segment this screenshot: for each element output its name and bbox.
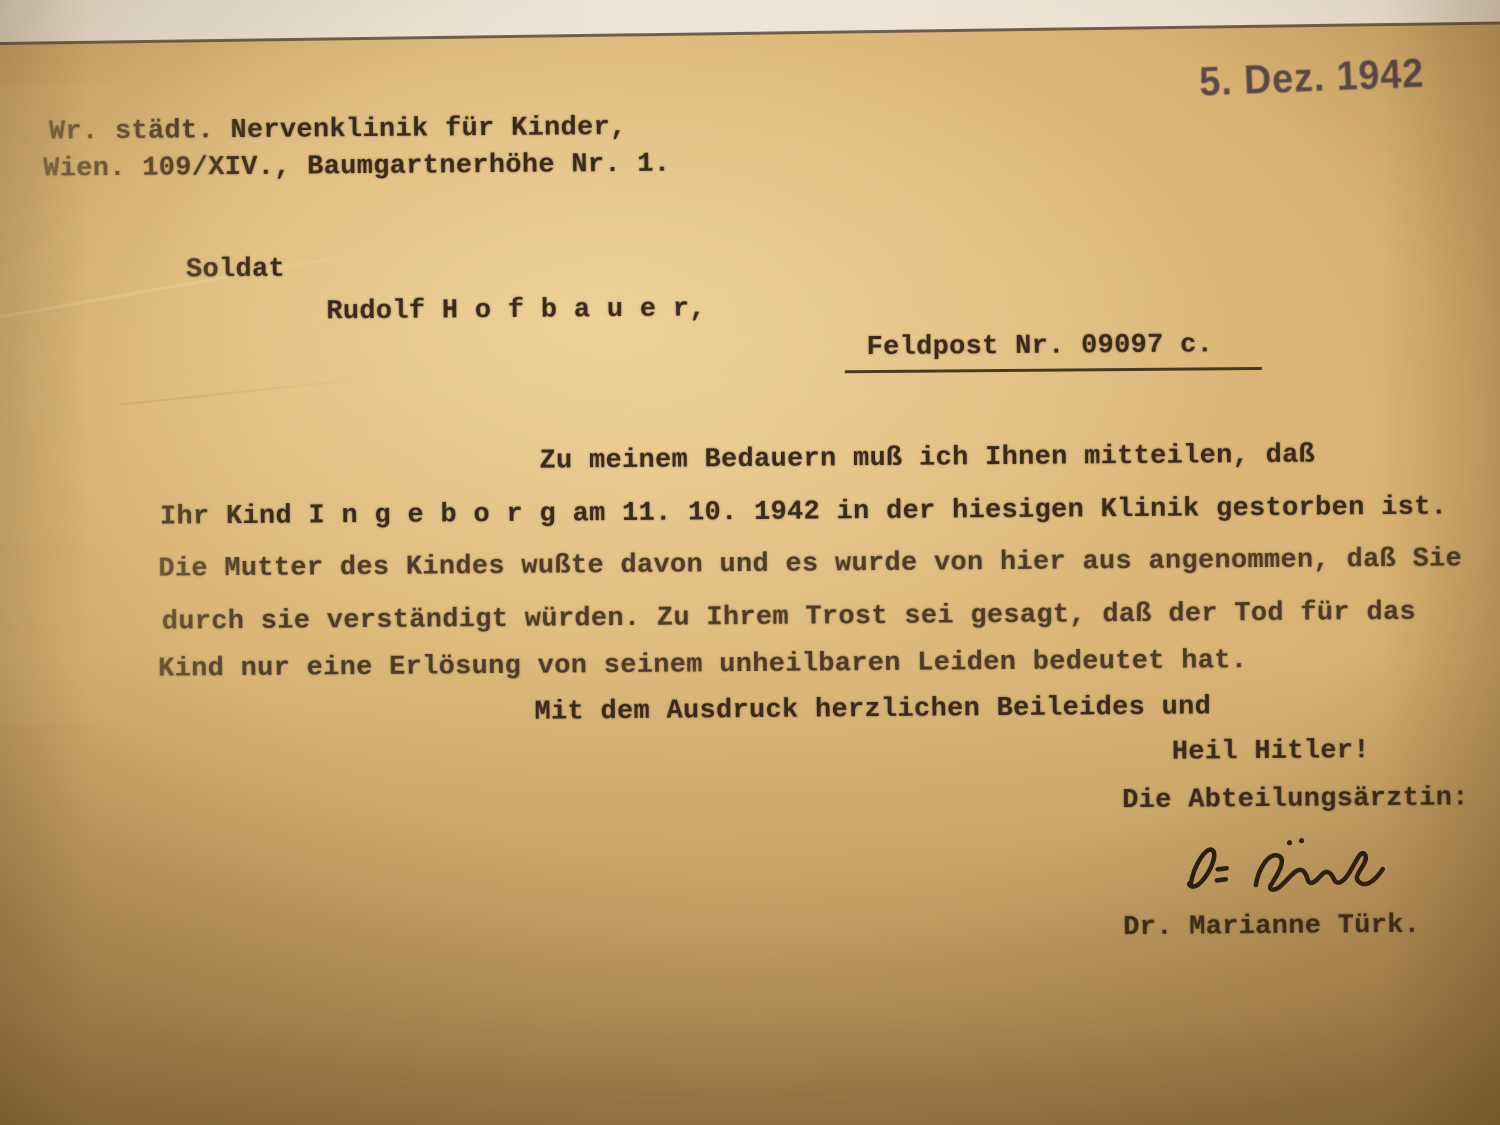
date-stamp: 5. Dez. 1942 xyxy=(1198,50,1425,106)
recipient-name: Rudolf H o f b a u e r, xyxy=(326,294,706,327)
letter-content: 5. Dez. 1942 Wr. städt. Nervenklinik für… xyxy=(0,0,1500,1125)
letterhead-line-2: Wien. 109/XIV., Baumgartnerhöhe Nr. 1. xyxy=(43,150,670,185)
body-line: Zu meinem Bedauern muß ich Ihnen mitteil… xyxy=(539,441,1315,477)
salute-line: Heil Hitler! xyxy=(1172,736,1370,768)
condolence-line: Mit dem Ausdruck herzlichen Beileides un… xyxy=(534,692,1211,727)
body-line: Ihr Kind I n g e b o r g am 11. 10. 1942… xyxy=(160,493,1447,533)
body-line: Die Mutter des Kindes wußte davon und es… xyxy=(158,544,1462,584)
signer-role: Die Abteilungsärztin: xyxy=(1122,783,1469,816)
photo-of-letter: 5. Dez. 1942 Wr. städt. Nervenklinik für… xyxy=(0,0,1500,1125)
recipient-rank: Soldat xyxy=(186,255,285,286)
handwritten-signature xyxy=(1160,826,1411,906)
letterhead-line-1: Wr. städt. Nervenklinik für Kinder, xyxy=(49,113,627,148)
body-line: durch sie verständigt würden. Zu Ihrem T… xyxy=(162,598,1416,638)
typed-signature-name: Dr. Marianne Türk. xyxy=(1123,911,1420,943)
feldpost-number: Feldpost Nr. 09097 c. xyxy=(845,330,1262,373)
body-line: Kind nur eine Erlösung von seinem unheil… xyxy=(158,646,1247,685)
